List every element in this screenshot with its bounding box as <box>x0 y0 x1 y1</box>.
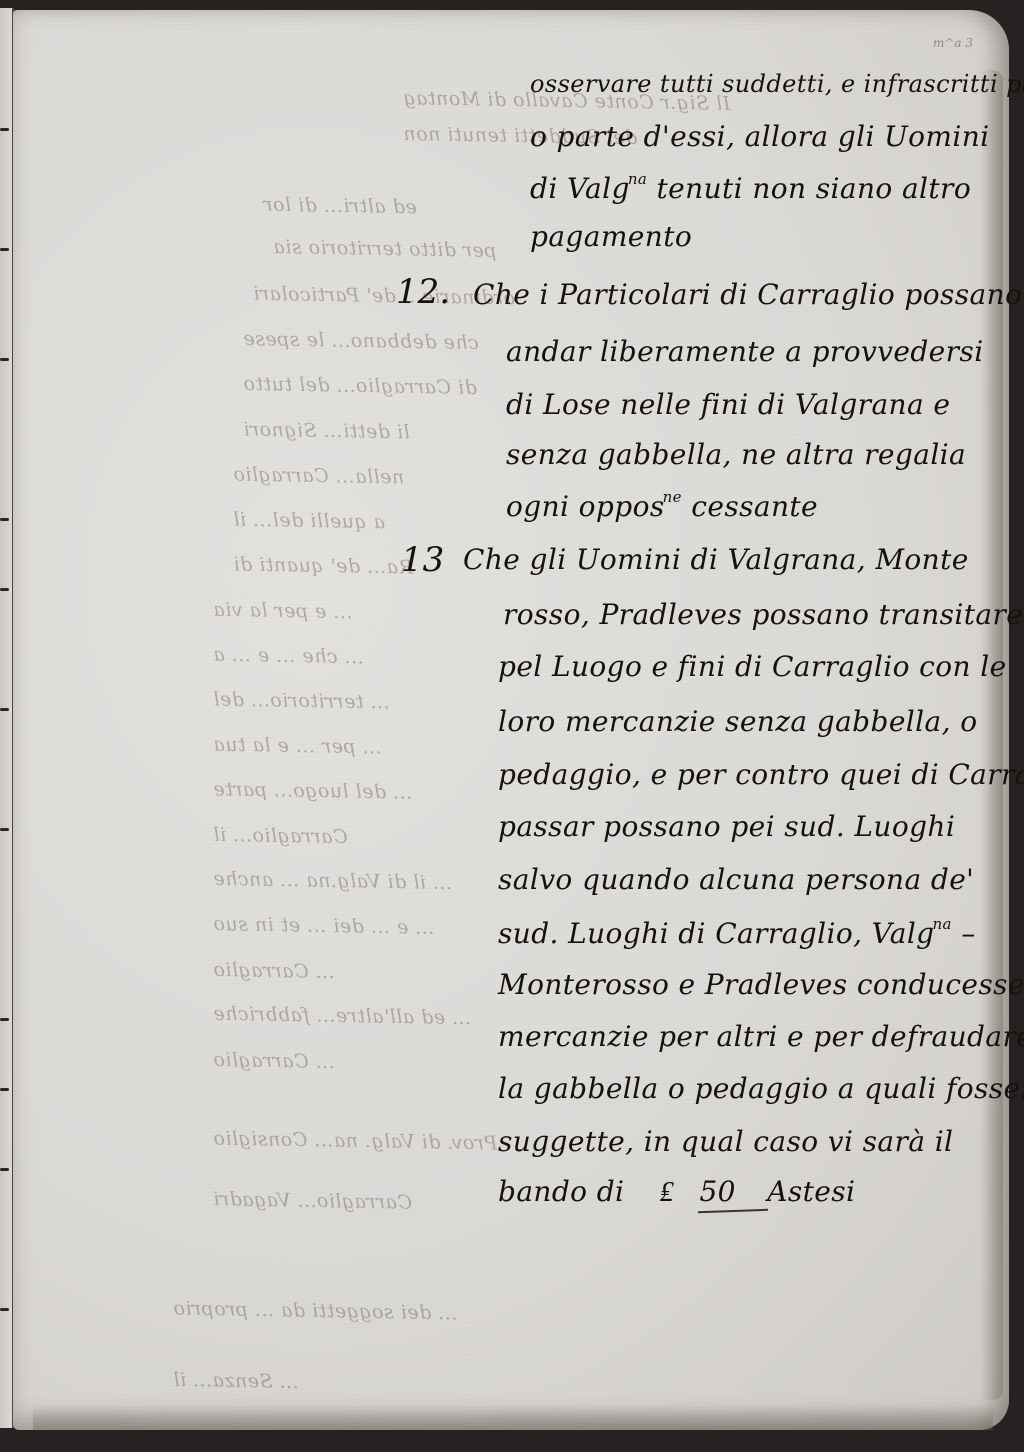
text-line-valgrana: sud. Luoghi di Carraglio, Valgna – <box>498 915 976 950</box>
currency-symbol: ₤ <box>660 1175 674 1208</box>
text-line: o parte d'essi, allora gli Uomini <box>530 120 990 153</box>
manuscript-scan: m^a 3 Il Sig.r Conte Cavallo di Montag d… <box>0 0 1024 1452</box>
bleed-line: ... che ... e ... a <box>213 644 364 669</box>
text-line-penalty: bando di ₤ 50 Astesi <box>498 1175 855 1209</box>
text-line: Monterosso e Pradleves conducesse <box>498 968 1024 1001</box>
text-line: pedaggio, e per contro quei di Carraglio <box>498 758 1024 791</box>
text-line: senza gabbella, ne altra regalia <box>506 438 966 471</box>
text-line: Che gli Uomini di Valgrana, Monte <box>463 543 969 576</box>
corner-mark: m^a 3 <box>933 36 973 50</box>
bleed-line: ... del luogo... parte <box>213 778 413 803</box>
text-line: andar liberamente a provvedersi <box>506 335 984 368</box>
bleed-line: ... dei soggetti da ... proprio <box>173 1298 458 1325</box>
currency-name: Astesi <box>767 1175 855 1208</box>
text-line: Che i Particolari di Carraglio possano <box>473 278 1022 311</box>
text-line: la gabbella o pedaggio a quali fossero <box>498 1072 1024 1105</box>
bleed-line: ... Carraglio <box>213 1049 335 1073</box>
bleed-line: di Carraglio... del tutto <box>243 373 477 399</box>
manuscript-sheet: m^a 3 Il Sig.r Conte Cavallo di Montag d… <box>13 10 1009 1430</box>
text-fragment: tenuti non siano altro <box>657 172 972 205</box>
text-line: loro mercanzie senza gabbella, o <box>498 705 977 738</box>
text-line: pel Luogo e fini di Carraglio con le <box>498 650 1007 683</box>
text-line: passar possano pei sud. Luoghi <box>498 810 955 843</box>
bleed-line: ... il di Valg.na ... anche <box>213 868 453 894</box>
bleed-line: Prov. di Valg. na... Consiglio <box>213 1128 498 1155</box>
bleed-line: ... e per la via <box>213 599 353 623</box>
text-line: suggette, in qual caso vi sarà il <box>498 1125 953 1158</box>
text-line: salvo quando alcuna persona de' <box>498 863 974 896</box>
bleed-line: Ra... de' quanti di <box>233 553 414 578</box>
text-fragment: sud. Luoghi di Carraglio, Valg <box>498 917 935 950</box>
bleed-line: ed altri... di lor <box>263 194 417 219</box>
text-line: pagamento <box>530 220 692 253</box>
text-fragment: di Valg <box>530 172 630 205</box>
text-fragment: bando di <box>498 1175 624 1208</box>
text-fragment: cessante <box>691 490 818 523</box>
bleed-line: ... e ... dei ... et in suo <box>213 913 435 939</box>
text-line: osservare tutti suddetti, e infrascritti… <box>530 70 1024 98</box>
abbreviation-superscript: ne <box>663 488 682 506</box>
bleed-line: nella... Carraglio <box>233 464 405 489</box>
penalty-amount: 50 <box>699 1175 735 1208</box>
article-number: 12. <box>396 272 450 312</box>
bleed-line: che debbano... le spese <box>243 328 479 354</box>
text-fragment: ogni oppos <box>506 490 665 523</box>
previous-page-edge <box>0 8 14 1428</box>
bleed-line: per ditto territorio sia <box>273 236 497 262</box>
sheet-bottom-edge-shadow <box>33 1404 993 1430</box>
text-line: mercanzie per altri e per defraudare <box>498 1020 1024 1053</box>
bleed-line: ... per ... e la tua <box>213 734 382 759</box>
text-line: rosso, Pradleves possano transitare <box>503 598 1023 631</box>
bleed-line: Carraglio... il <box>213 824 348 848</box>
bleed-line: ... territorio... del <box>213 688 390 713</box>
text-line-opposizione: ogni opposne cessante <box>506 488 818 523</box>
bleed-line: li detti... Signori <box>243 419 410 444</box>
abbreviation-superscript: na <box>933 915 952 933</box>
sheet-right-edge-shadow <box>981 70 1003 1400</box>
bleed-line: ... Senza... il <box>173 1369 299 1393</box>
bleed-line: Carraglio... Vagadri <box>213 1188 412 1213</box>
text-line: di Lose nelle fini di Valgrana e <box>506 388 950 421</box>
bleed-line: ... ed all'altre... fabbriche <box>213 1003 472 1030</box>
bleed-line: a quelli del... il <box>233 509 385 534</box>
article-number: 13 <box>401 540 444 580</box>
amount-underline <box>698 1209 768 1213</box>
bleed-line: ... Carraglio <box>213 959 335 983</box>
text-line-valgrana: di Valgna tenuti non siano altro <box>530 170 971 205</box>
abbreviation-superscript: na <box>628 170 647 188</box>
